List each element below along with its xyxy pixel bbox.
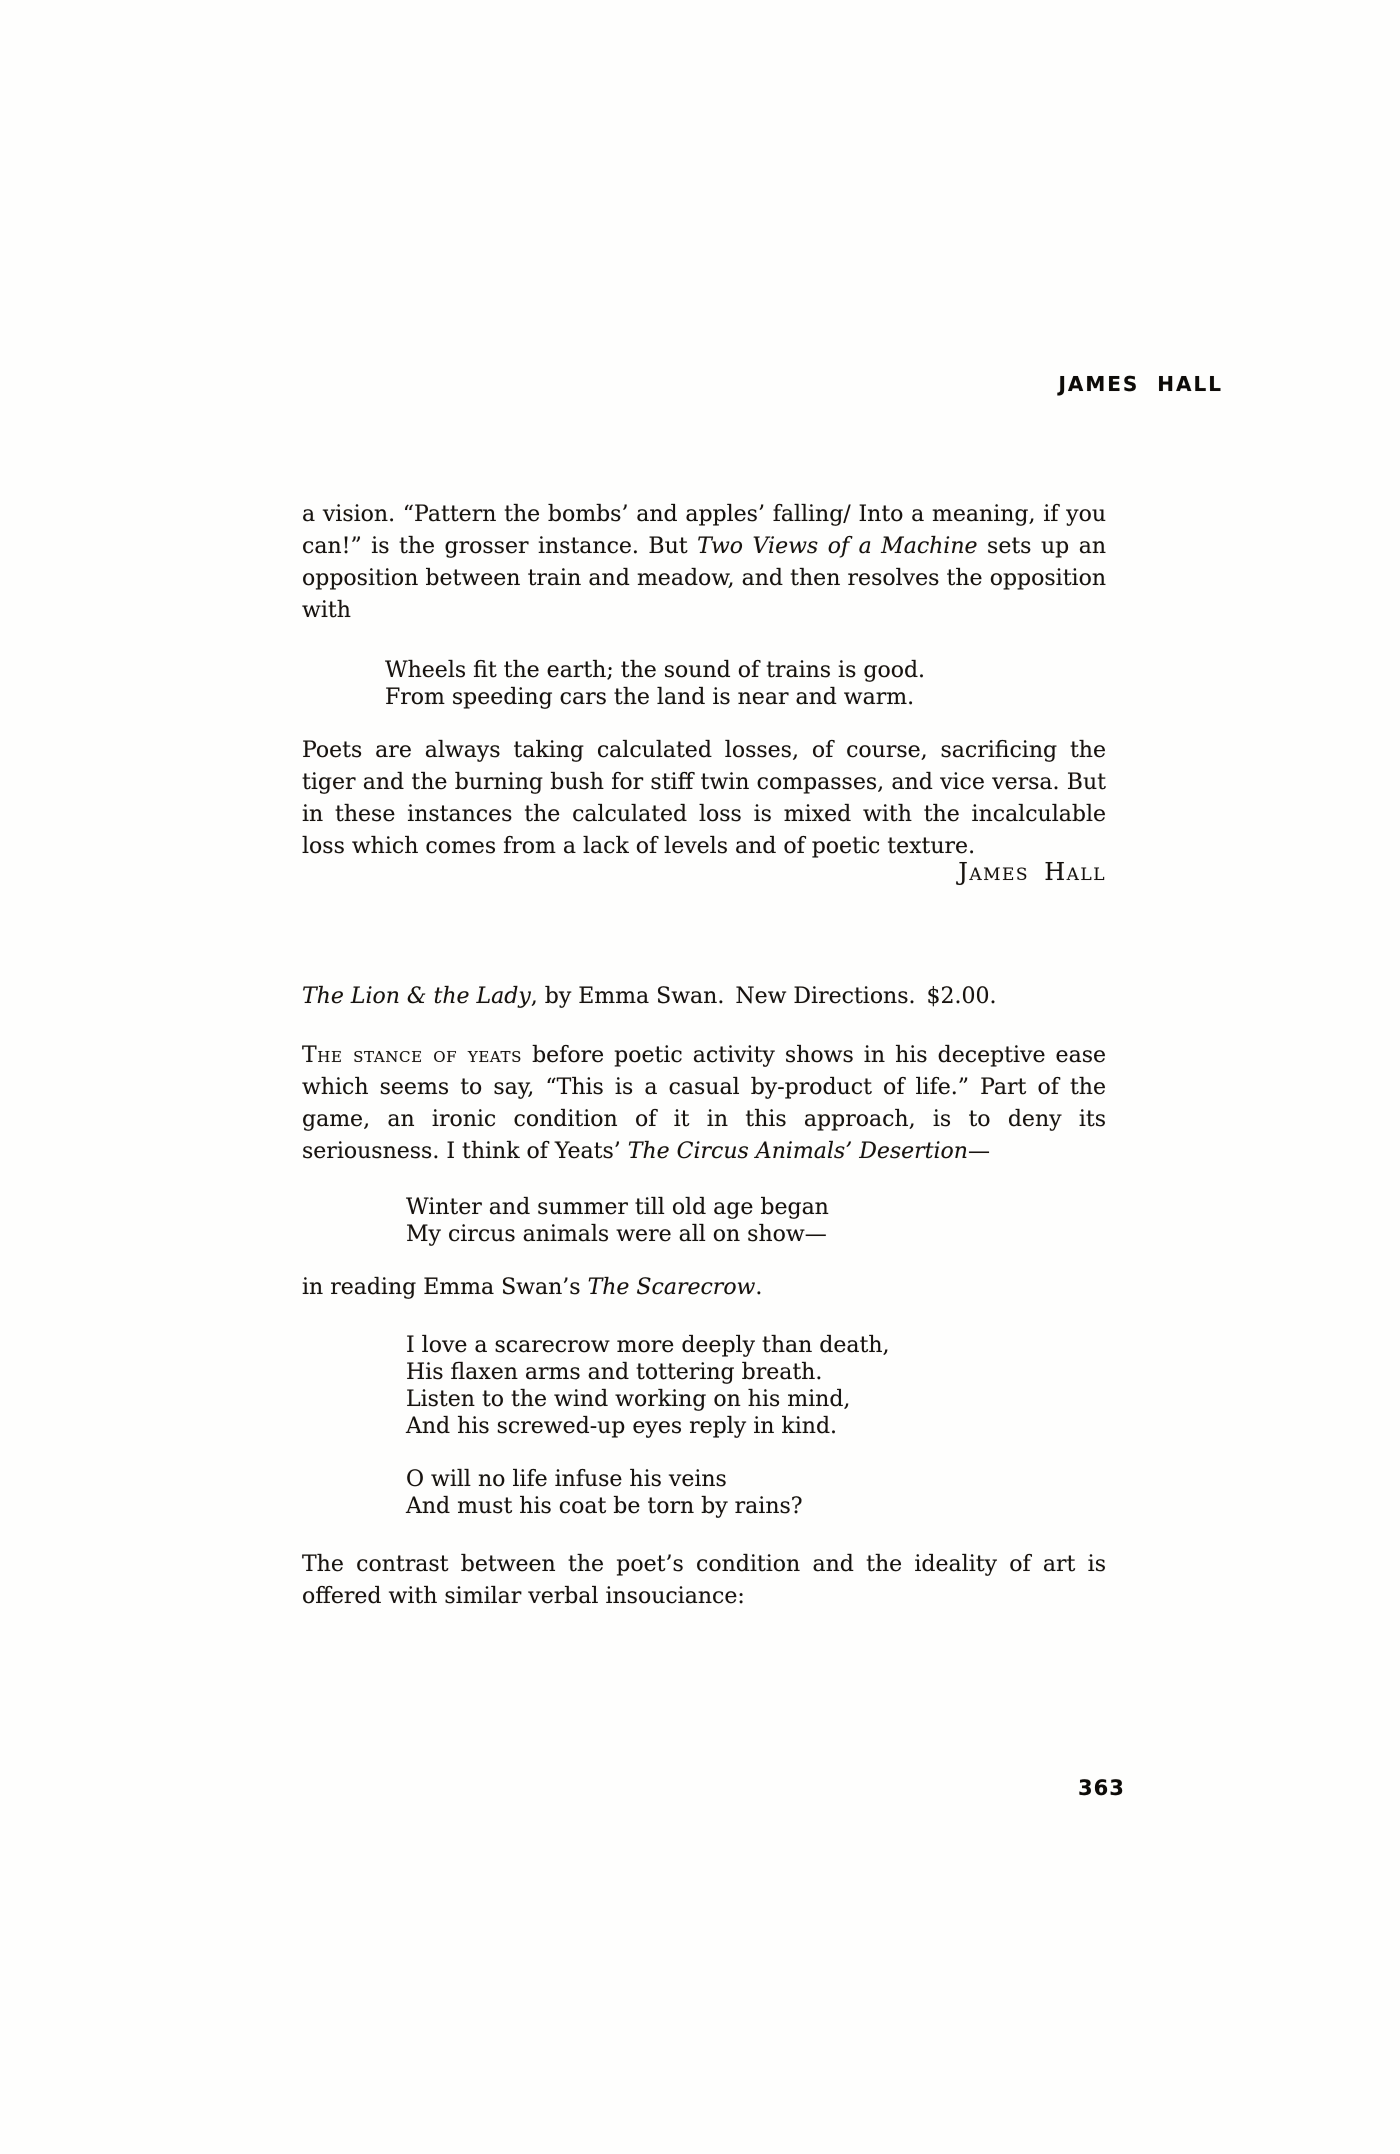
heading-citation: , by Emma Swan. New Directions. $2.00. — [531, 984, 997, 1009]
paragraph-contrast: The contrast between the poet’s conditio… — [302, 1549, 1106, 1613]
verse-scarecrow: I love a scarecrow more deeply than deat… — [406, 1332, 890, 1520]
running-head-author: JAMES HALL — [1058, 372, 1223, 396]
text-segment: in reading Emma Swan’s — [302, 1275, 588, 1300]
verse-line: Listen to the wind working on his mind, — [406, 1386, 890, 1413]
stanza-2: O will no life infuse his veins And must… — [406, 1466, 890, 1520]
paragraph-stance: The stance of yeats before poetic activi… — [302, 1040, 1106, 1168]
verse-line: And must his coat be torn by rains? — [406, 1493, 890, 1520]
text-segment: . — [755, 1275, 762, 1300]
stanza-1: I love a scarecrow more deeply than deat… — [406, 1332, 890, 1440]
text-segment: — — [968, 1139, 990, 1164]
verse-line: Winter and summer till old age began — [406, 1194, 829, 1221]
book-title-lion-lady: The Lion & the Lady — [302, 984, 531, 1009]
verse-line: I love a scarecrow more deeply than deat… — [406, 1332, 890, 1359]
verse-line: His flaxen arms and tottering breath. — [406, 1359, 890, 1386]
book-title-two-views: Two Views of a Machine — [697, 534, 977, 559]
scanned-journal-page: JAMES HALL a vision. “Pattern the bombs’… — [0, 0, 1400, 2154]
verse-line: Wheels fit the earth; the sound of train… — [385, 657, 925, 684]
poem-title-circus-animals: The Circus Animals’ Desertion — [628, 1139, 968, 1164]
smallcaps-opener: The stance of yeats — [302, 1043, 522, 1068]
verse-wheels: Wheels fit the earth; the sound of train… — [385, 657, 925, 711]
verse-line: And his screwed-up eyes reply in kind. — [406, 1413, 890, 1440]
review-heading: The Lion & the Lady, by Emma Swan. New D… — [302, 984, 1106, 1009]
poem-title-scarecrow: The Scarecrow — [588, 1275, 756, 1300]
verse-line: My circus animals were all on show— — [406, 1221, 829, 1248]
paragraph-reading: in reading Emma Swan’s The Scarecrow. — [302, 1272, 1106, 1304]
paragraph-poets: Poets are always taking calculated losse… — [302, 735, 1106, 863]
verse-line: From speeding cars the land is near and … — [385, 684, 925, 711]
author-signature: James Hall — [302, 858, 1106, 886]
page-number: 363 — [1078, 1776, 1125, 1800]
verse-winter: Winter and summer till old age began My … — [406, 1194, 829, 1248]
paragraph-vision: a vision. “Pattern the bombs’ and apples… — [302, 499, 1106, 627]
verse-line: O will no life infuse his veins — [406, 1466, 890, 1493]
